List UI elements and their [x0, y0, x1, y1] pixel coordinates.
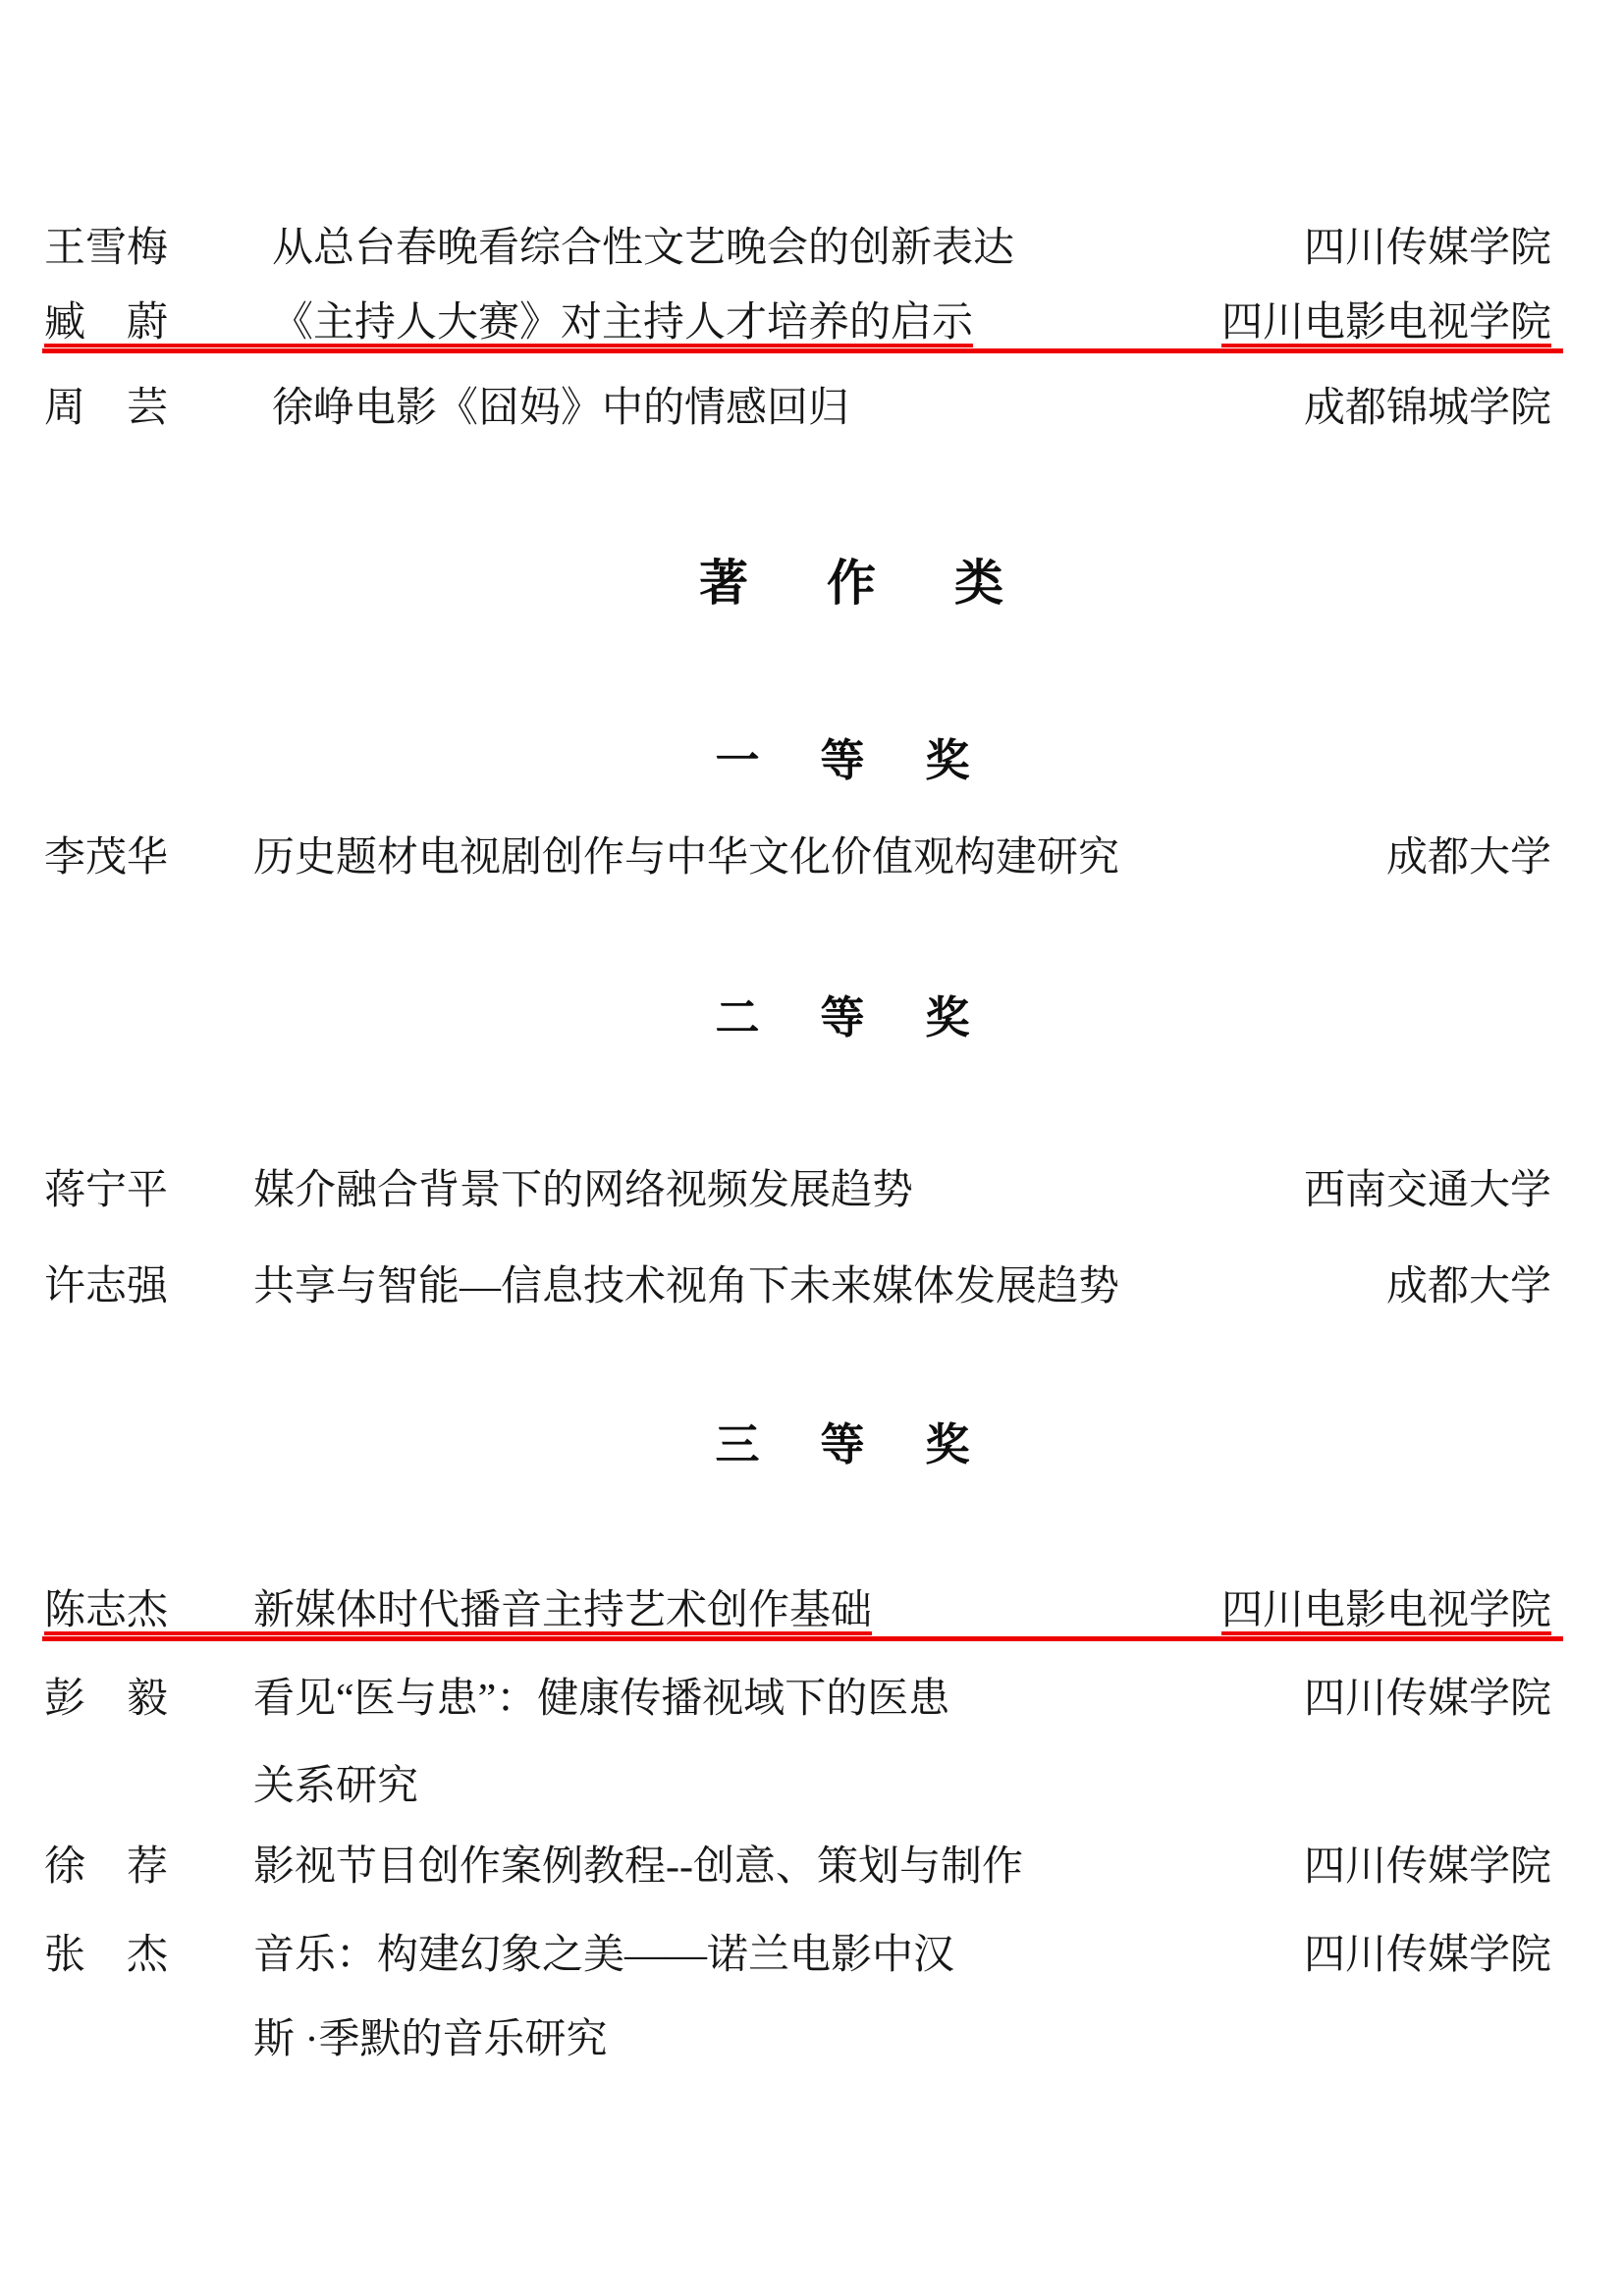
author-name: 周 芸 [44, 388, 272, 429]
work-title: 徐峥电影《囧妈》中的情感回归 [272, 388, 849, 429]
institution: 成都大学 [1386, 1266, 1551, 1308]
institution: 西南交通大学 [1304, 1170, 1551, 1211]
work-title: 看见“医与患”：健康传播视域下的医患 [253, 1679, 949, 1720]
award-tier-heading: 一等奖 [0, 736, 1624, 785]
institution: 四川传媒学院 [1304, 1679, 1551, 1720]
award-row-continuation: 关系研究 [253, 1766, 1551, 1807]
award-row: 张 杰 音乐：构建幻象之美——诺兰电影中汉 四川传媒学院 [44, 1935, 1551, 1976]
work-title: 媒介融合背景下的网络视频发展趋势 [253, 1170, 913, 1211]
award-row-continuation: 斯 ·季默的音乐研究 [253, 2019, 1551, 2060]
work-title: 音乐：构建幻象之美——诺兰电影中汉 [253, 1935, 954, 1976]
award-tier-heading: 二等奖 [0, 993, 1624, 1042]
work-title: 新媒体时代播音主持艺术创作基础 [253, 1590, 872, 1635]
work-title: 从总台春晚看综合性文艺晚会的创新表达 [272, 228, 1014, 269]
award-row: 许志强 共享与智能—信息技术视角下未来媒体发展趋势 成都大学 [44, 1266, 1551, 1308]
institution: 四川传媒学院 [1304, 1846, 1551, 1888]
award-row: 李茂华 历史题材电视剧创作与中华文化价值观构建研究 成都大学 [44, 837, 1551, 879]
author-name: 许志强 [44, 1266, 253, 1308]
author-name: 臧 蔚 [44, 302, 272, 347]
award-row-red-underlined: 陈志杰 新媒体时代播音主持艺术创作基础 四川电影电视学院 [44, 1590, 1551, 1635]
work-title: 历史题材电视剧创作与中华文化价值观构建研究 [253, 837, 1119, 879]
work-title: 共享与智能—信息技术视角下未来媒体发展趋势 [253, 1266, 1119, 1308]
author-name: 王雪梅 [44, 228, 272, 269]
award-row: 彭 毅 看见“医与患”：健康传播视域下的医患 四川传媒学院 [44, 1679, 1551, 1720]
institution: 四川传媒学院 [1304, 228, 1551, 269]
award-tier-heading: 三等奖 [0, 1420, 1624, 1469]
document-page: 王雪梅 从总台春晚看综合性文艺晚会的创新表达 四川传媒学院 臧 蔚 《主持人大赛… [0, 0, 1624, 2296]
author-name: 彭 毅 [44, 1679, 253, 1720]
award-row: 周 芸 徐峥电影《囧妈》中的情感回归 成都锦城学院 [44, 388, 1551, 429]
category-heading: 著作类 [0, 557, 1624, 611]
author-name: 蒋宁平 [44, 1170, 253, 1211]
institution: 四川传媒学院 [1304, 1935, 1551, 1976]
award-row-red-underlined: 臧 蔚 《主持人大赛》对主持人才培养的启示 四川电影电视学院 [44, 302, 1551, 347]
institution: 成都锦城学院 [1304, 388, 1551, 429]
institution: 成都大学 [1386, 837, 1551, 879]
author-name: 张 杰 [44, 1935, 253, 1976]
award-row: 蒋宁平 媒介融合背景下的网络视频发展趋势 西南交通大学 [44, 1170, 1551, 1211]
work-title: 《主持人大赛》对主持人才培养的启示 [272, 302, 973, 347]
work-title-continued: 斯 ·季默的音乐研究 [253, 2019, 608, 2060]
author-name: 陈志杰 [44, 1590, 253, 1635]
author-name: 李茂华 [44, 837, 253, 879]
work-title: 影视节目创作案例教程--创意、策划与制作 [253, 1846, 1023, 1888]
institution: 四川电影电视学院 [1221, 302, 1551, 347]
author-name: 徐 荐 [44, 1846, 253, 1888]
institution: 四川电影电视学院 [1221, 1590, 1551, 1635]
award-row: 王雪梅 从总台春晚看综合性文艺晚会的创新表达 四川传媒学院 [44, 228, 1551, 269]
award-row: 徐 荐 影视节目创作案例教程--创意、策划与制作 四川传媒学院 [44, 1846, 1551, 1888]
work-title-continued: 关系研究 [253, 1766, 418, 1807]
